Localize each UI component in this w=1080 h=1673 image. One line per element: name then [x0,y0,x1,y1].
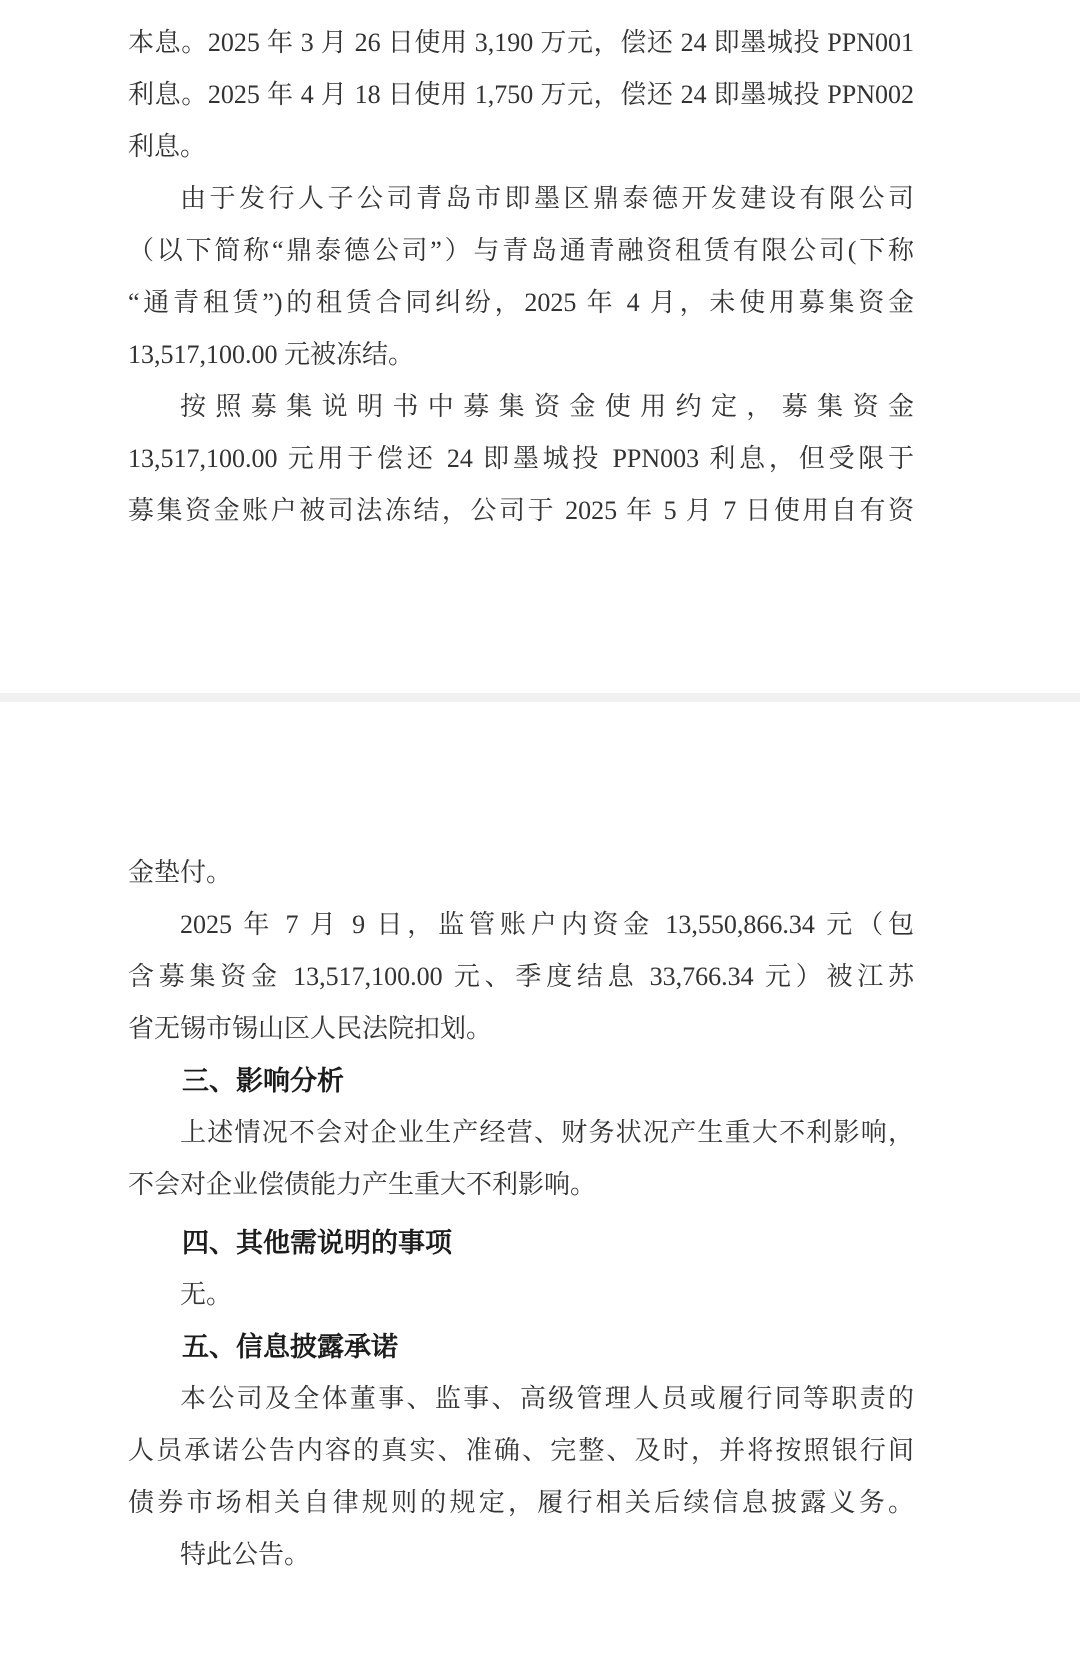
body-line-interest-ppn002: 利息。2025 年 4 月 18 日使用 1,750 万元，偿还 24 即墨城投… [128,69,914,121]
para-impact-line-1: 上述情况不会对企业生产经营、财务状况产生重大不利影响， [128,1107,914,1159]
para-other-matters-none: 无。 [128,1269,914,1321]
body-line-principal-interest-ppn001: 本息。2025 年 3 月 26 日使用 3,190 万元，偿还 24 即墨城投… [128,17,914,69]
para-court-deduction-line-2: 含募集资金 13,517,100.00 元、季度结息 33,766.34 元）被… [128,951,914,1003]
para-subsidiary-dispute-line-4: 13,517,100.00 元被冻结。 [128,329,914,381]
para-own-funds-advance-end: 金垫付。 [128,847,914,899]
document-page-2: 金垫付。 2025 年 7 月 9 日，监管账户内资金 13,550,866.3… [0,702,1080,1673]
para-commitment-line-3: 债券市场相关自律规则的规定，履行相关后续信息披露义务。 [128,1477,914,1529]
heading-disclosure-commitment: 五、信息披露承诺 [128,1321,914,1373]
para-prospectus-usage-line-3: 募集资金账户被司法冻结，公司于 2025 年 5 月 7 日使用自有资 [128,485,914,537]
page-separator [0,693,1080,702]
para-court-deduction-line-3: 省无锡市锡山区人民法院扣划。 [128,1003,914,1055]
para-subsidiary-dispute-line-3: “通青租赁”)的租赁合同纠纷，2025 年 4 月，未使用募集资金 [128,277,914,329]
heading-other-matters: 四、其他需说明的事项 [128,1217,914,1269]
document-page-1: 本息。2025 年 3 月 26 日使用 3,190 万元，偿还 24 即墨城投… [0,0,1080,693]
heading-impact-analysis: 三、影响分析 [128,1055,914,1107]
body-line-interest-end: 利息。 [128,121,914,173]
para-prospectus-usage-line-2: 13,517,100.00 元用于偿还 24 即墨城投 PPN003 利息，但受… [128,433,914,485]
announcement-document: 本息。2025 年 3 月 26 日使用 3,190 万元，偿还 24 即墨城投… [0,0,1080,1673]
para-prospectus-usage-line-1: 按照募集说明书中募集资金使用约定，募集资金 [128,381,914,433]
para-impact-line-2: 不会对企业偿债能力产生重大不利影响。 [128,1159,914,1211]
para-commitment-line-1: 本公司及全体董事、监事、高级管理人员或履行同等职责的 [128,1373,914,1425]
para-subsidiary-dispute-line-2: （以下简称“鼎泰德公司”）与青岛通青融资租赁有限公司(下称 [128,225,914,277]
para-court-deduction-line-1: 2025 年 7 月 9 日，监管账户内资金 13,550,866.34 元（包 [128,899,914,951]
para-hereby-announced: 特此公告。 [128,1529,914,1581]
para-subsidiary-dispute-line-1: 由于发行人子公司青岛市即墨区鼎泰德开发建设有限公司 [128,173,914,225]
para-commitment-line-2: 人员承诺公告内容的真实、准确、完整、及时，并将按照银行间 [128,1425,914,1477]
